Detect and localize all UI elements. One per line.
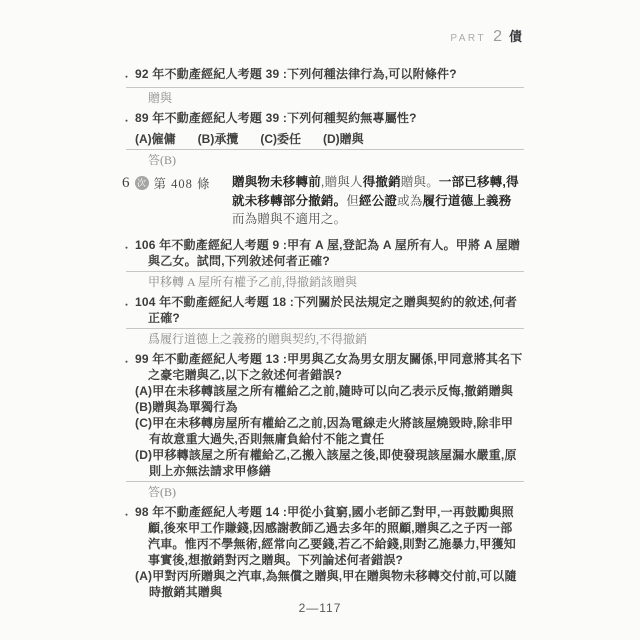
answer-text: 爲履行道德上之義務的贈與契約,不得撤銷 <box>126 328 524 346</box>
law-text-segment: 或為 <box>397 194 422 208</box>
question-item: ・ 98 年不動產經紀人考題 14 :甲從小貧窮,國小老師乙對甲,一再鼓勵與照顧… <box>122 504 524 600</box>
option: (A)甲在未移轉該屋之所有權給乙之前,隨時可以向乙表示反悔,撤銷贈與 <box>135 383 524 399</box>
bullet-marker: ・ <box>122 66 135 85</box>
answer-text: 答(B) <box>126 481 524 499</box>
question-line: ・ 106 年不動產經紀人考題 9 :甲有 A 屋,登記為 A 屋所有人。甲將 … <box>122 237 524 269</box>
question-text: 99 年不動產經紀人考題 13 :甲男與乙女為男女朋友關係,甲同意將其名下之豪宅… <box>135 351 524 383</box>
law-count: 6 <box>122 175 130 192</box>
option: (B)承攬 <box>198 131 239 147</box>
law-text-segment: 贈與物未移轉前 <box>232 175 321 189</box>
bullet-marker: ・ <box>122 294 135 326</box>
option: (A)僱傭 <box>135 131 176 147</box>
law-article-number: 第 408 條 <box>154 174 211 192</box>
answer-text: 甲移轉 A 屋所有權予乙前,得撤銷該贈與 <box>126 271 524 289</box>
answer-text: 贈與 <box>126 87 524 105</box>
question-text: 104 年不動產經紀人考題 18 :下列關於民法規定之贈與契約的敘述,何者正確? <box>135 294 524 326</box>
question-item: ・ 104 年不動產經紀人考題 18 :下列關於民法規定之贈與契約的敘述,何者正… <box>122 294 524 346</box>
option: (D)贈與 <box>323 131 364 147</box>
question-line: ・ 92 年不動產經紀人考題 39 :下列何種法律行為,可以附條件? <box>122 66 524 85</box>
answer-text: 答(B) <box>126 149 524 167</box>
bullet-marker: ・ <box>122 504 135 568</box>
question-item: ・ 92 年不動產經紀人考題 39 :下列何種法律行為,可以附條件? 贈與 <box>122 66 524 105</box>
option: (D)甲移轉該屋之所有權給乙,乙搬入該屋之後,即使發現該屋漏水嚴重,原則上亦無法… <box>135 447 524 479</box>
law-text-segment: 但 <box>346 194 359 208</box>
question-text: 98 年不動產經紀人考題 14 :甲從小貧窮,國小老師乙對甲,一再鼓勵與照顧,後… <box>135 504 524 568</box>
law-count-badge: 次 <box>135 176 149 190</box>
part-label: PART <box>450 33 486 44</box>
law-text-segment: ,贈與人 <box>321 175 363 189</box>
book-page: PART 2 債 ・ 92 年不動產經紀人考題 39 :下列何種法律行為,可以附… <box>0 0 640 640</box>
law-article-block: 6 次 第 408 條 贈與物未移轉前,贈與人得撤銷贈與。一部已移轉,得就未移轉… <box>122 173 524 229</box>
page-content: ・ 92 年不動產經紀人考題 39 :下列何種法律行為,可以附條件? 贈與 ・ … <box>122 66 524 605</box>
law-text-segment: 經公證 <box>359 194 397 208</box>
law-text-segment: 得撤銷 <box>363 175 401 189</box>
question-item: ・ 99 年不動產經紀人考題 13 :甲男與乙女為男女朋友關係,甲同意將其名下之… <box>122 351 524 499</box>
question-line: ・ 89 年不動產經紀人考題 39 :下列何種契約無專屬性? <box>122 110 524 129</box>
question-item: ・ 106 年不動產經紀人考題 9 :甲有 A 屋,登記為 A 屋所有人。甲將 … <box>122 237 524 289</box>
law-article-head: 6 次 第 408 條 <box>122 173 232 192</box>
page-number: 2—117 <box>0 601 640 615</box>
question-item: ・ 89 年不動產經紀人考題 39 :下列何種契約無專屬性? (A)僱傭 (B)… <box>122 110 524 167</box>
option: (B)贈與為單獨行為 <box>135 399 524 415</box>
option: (C)甲在未移轉房屋所有權給乙之前,因為電線走火將該屋燒毀時,除非甲有故意重大過… <box>135 415 524 447</box>
question-line: ・ 99 年不動產經紀人考題 13 :甲男與乙女為男女朋友關係,甲同意將其名下之… <box>122 351 524 383</box>
part-number: 2 <box>493 28 502 46</box>
question-text: 89 年不動產經紀人考題 39 :下列何種契約無專屬性? <box>135 110 524 129</box>
question-line: ・ 98 年不動產經紀人考題 14 :甲從小貧窮,國小老師乙對甲,一再鼓勵與照顧… <box>122 504 524 568</box>
law-article-text: 贈與物未移轉前,贈與人得撤銷贈與。一部已移轉,得就未移轉部分撤銷。但經公證或為履… <box>232 173 524 229</box>
bullet-marker: ・ <box>122 237 135 269</box>
question-line: ・ 104 年不動產經紀人考題 18 :下列關於民法規定之贈與契約的敘述,何者正… <box>122 294 524 326</box>
options-row: (A)僱傭 (B)承攬 (C)委任 (D)贈與 <box>135 131 524 147</box>
part-header: PART 2 債 <box>450 26 522 46</box>
bullet-marker: ・ <box>122 351 135 383</box>
law-text-segment: 贈與。 <box>401 175 439 189</box>
question-text: 92 年不動產經紀人考題 39 :下列何種法律行為,可以附條件? <box>135 66 524 85</box>
law-text-segment: 履行道德上義務 <box>423 194 512 208</box>
law-text-segment: 而為贈與不適用之。 <box>232 212 346 226</box>
bullet-marker: ・ <box>122 110 135 129</box>
option: (A)甲對丙所贈與之汽車,為無償之贈與,甲在贈與物未移轉交付前,可以隨時撤銷其贈… <box>135 568 524 600</box>
question-text: 106 年不動產經紀人考題 9 :甲有 A 屋,登記為 A 屋所有人。甲將 A … <box>135 237 524 269</box>
option: (C)委任 <box>260 131 301 147</box>
part-subject: 債 <box>509 26 522 45</box>
